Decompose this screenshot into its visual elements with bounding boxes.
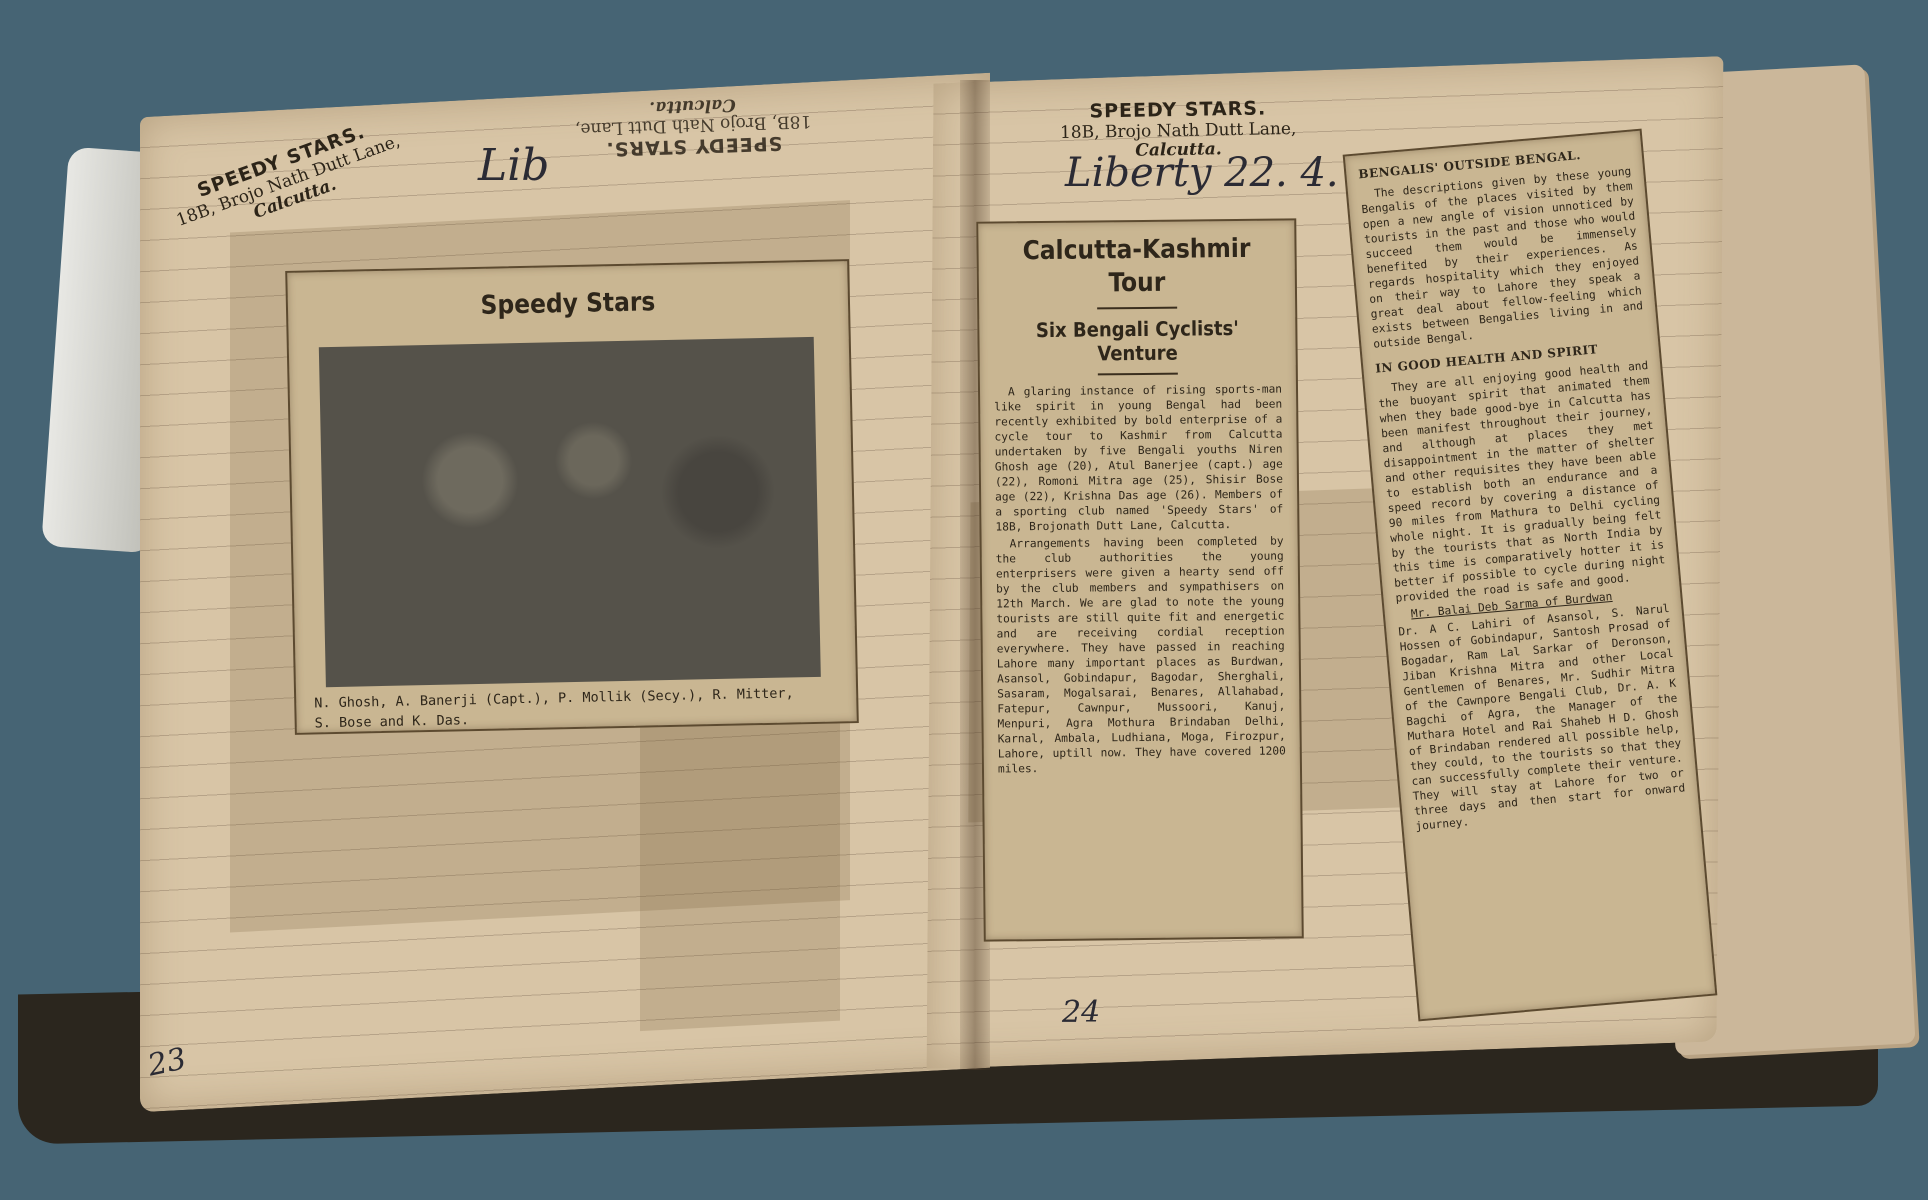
article-paragraph: A glaring instance of rising sports-man … <box>994 382 1284 535</box>
team-photograph <box>319 337 821 687</box>
handwritten-note-left: Lib <box>478 140 549 191</box>
article-body: A glaring instance of rising sports-man … <box>994 382 1286 777</box>
article-headline: Calcutta-Kashmir Tour <box>992 233 1281 301</box>
section-body: They are all enjoying good health and th… <box>1377 358 1688 834</box>
section-text: Dr. A C. Lahiri of Asansol, S. Narul Hos… <box>1398 601 1687 834</box>
article-paragraph: Arrangements having been completed by th… <box>996 533 1286 776</box>
clipping-heading: Speedy Stars <box>288 283 849 325</box>
handwritten-note-right: Liberty 22. 4. 3 <box>1065 150 1377 196</box>
left-stamp-inverted: SPEEDY STARS. 18B, Brojo Nath Dutt Lane,… <box>574 91 812 160</box>
section-text: The descriptions given by these young Be… <box>1360 164 1645 352</box>
photo-clipping: Speedy Stars N. Ghosh, A. Banerji (Capt.… <box>285 259 859 735</box>
article-subheadline: Six Bengali Cyclists' Venture <box>993 316 1281 367</box>
article-clipping: Calcutta-Kashmir Tour Six Bengali Cyclis… <box>976 218 1304 941</box>
divider <box>1097 307 1177 310</box>
section-body: The descriptions given by these young Be… <box>1360 164 1645 352</box>
section-text: They are all enjoying good health and th… <box>1377 358 1668 606</box>
page-number-right: 24 <box>1062 995 1100 1030</box>
divider <box>1098 373 1178 376</box>
